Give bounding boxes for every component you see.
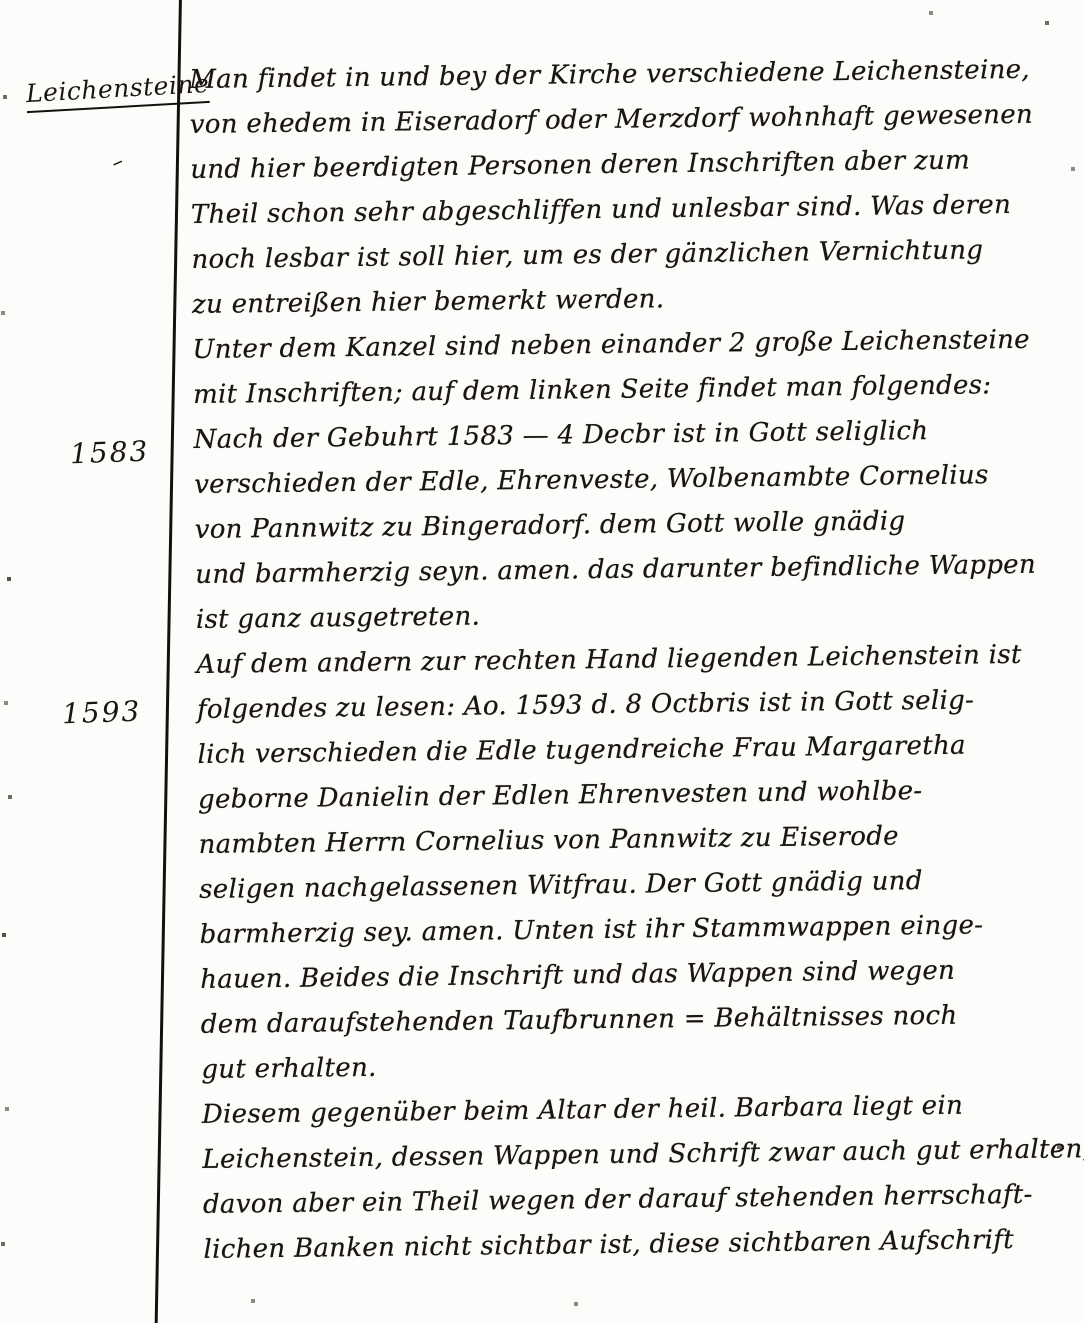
margin-tick-mark: – bbox=[107, 149, 127, 176]
margin-year-1583: 1583 bbox=[69, 435, 149, 471]
manuscript-page: Leichensteine – 1583 1593 Man findet in … bbox=[0, 0, 1084, 1323]
margin-heading: Leichensteine bbox=[25, 69, 210, 113]
manuscript-body: Man findet in und bey der Kirche verschi… bbox=[189, 47, 1084, 1273]
text-line: lichen Banken nicht sichtbar ist, diese … bbox=[203, 1217, 1084, 1273]
margin-year-1593: 1593 bbox=[61, 695, 141, 731]
scan-speckles bbox=[0, 0, 2, 2]
margin-column-rule bbox=[155, 0, 182, 1323]
